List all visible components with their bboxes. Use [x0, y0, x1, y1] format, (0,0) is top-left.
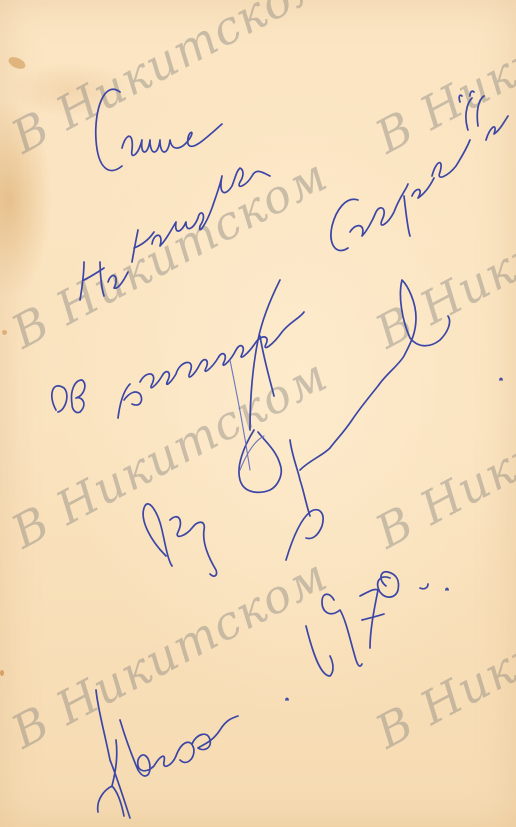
line-ot-professora [52, 91, 508, 418]
line-moskva-date [96, 572, 448, 818]
handwriting [0, 0, 516, 827]
line-sashe [96, 89, 222, 170]
autograph-page: В Никитском В Никитском В Никитском В Ни… [0, 0, 516, 827]
line-na-pamyat [80, 168, 270, 300]
signature [143, 280, 502, 576]
